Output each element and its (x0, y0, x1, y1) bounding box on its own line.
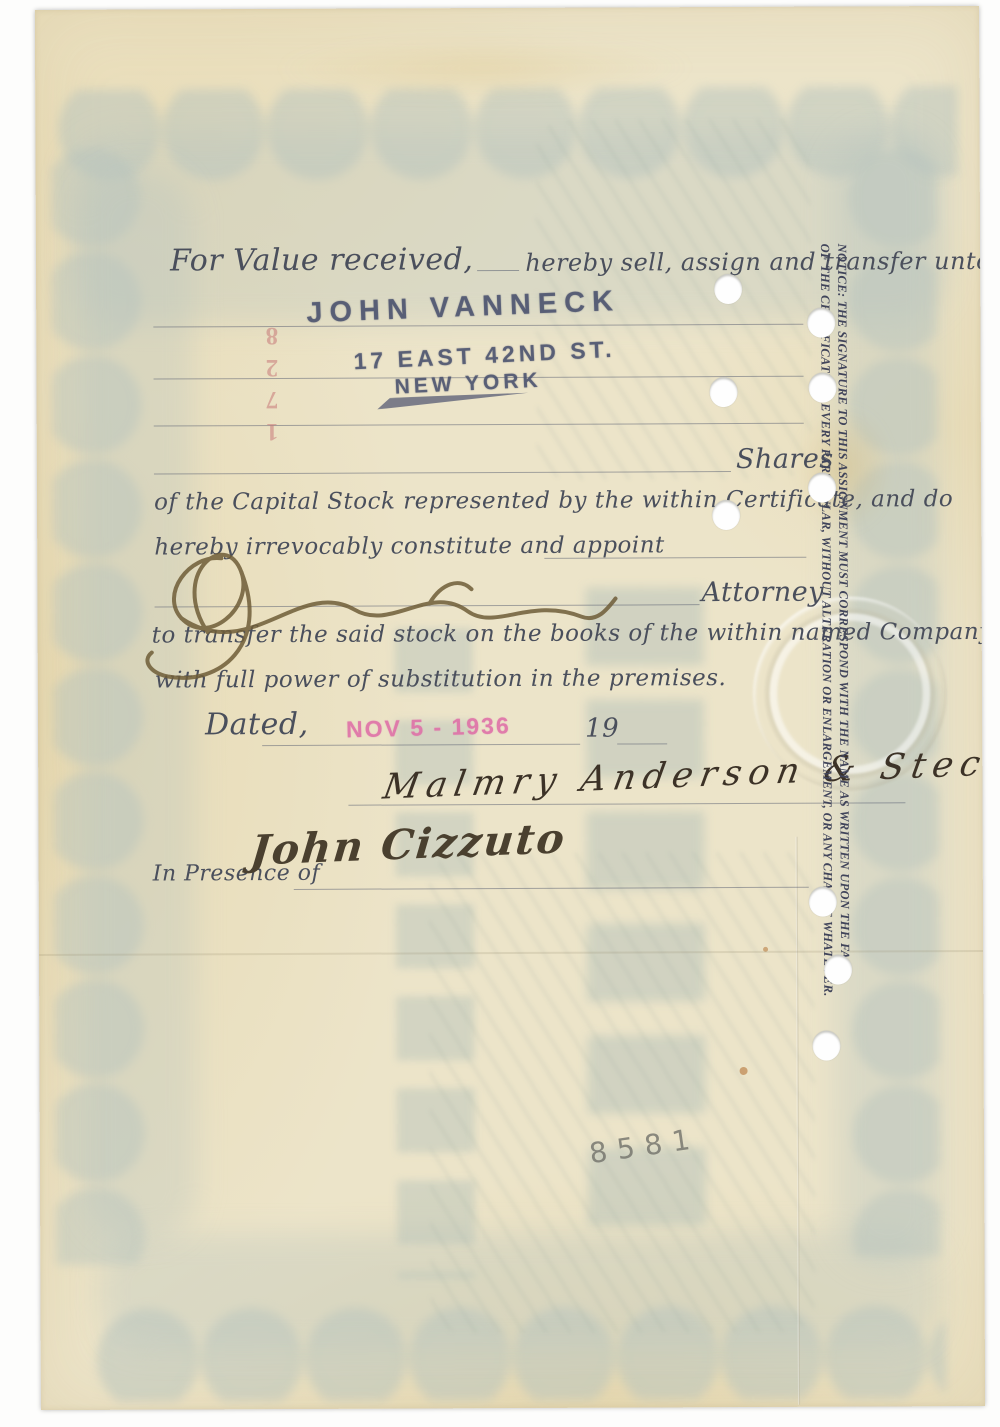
attorney-label: Attorney (701, 577, 824, 609)
stain (740, 1067, 748, 1075)
punch-hole (809, 887, 837, 917)
ghost-border-top (57, 86, 957, 186)
value-received-prefix: For Value received, (170, 242, 473, 278)
year-prefix: 19 (585, 714, 619, 744)
company-signature: Malmry Anderson & Steck (380, 743, 985, 808)
attorney-signature-scrawl (129, 513, 620, 700)
punch-hole (824, 955, 852, 985)
punch-hole (710, 377, 738, 407)
red-control-number: 1728 (258, 335, 286, 445)
form-rule (153, 324, 803, 328)
penciled-number: 8581 (587, 1122, 702, 1171)
notice-line2: OF THE CERTIFICATE IN EVERY PARTICULAR, … (816, 244, 836, 939)
year-rule (617, 743, 667, 744)
ghost-band-bottom (100, 1231, 940, 1350)
assignee-name-stamp: JOHN VANNECK (306, 285, 621, 330)
ghost-handwriting (429, 852, 816, 1334)
fold-crease-vertical (796, 837, 800, 1405)
ghost-band-left (81, 169, 198, 1239)
date-stamp: NOV 5 - 1936 (346, 712, 511, 743)
dated-label: Dated, (205, 707, 309, 742)
punch-hole (714, 274, 742, 304)
assignee-address-stamp-line1: 17 EAST 42ND ST. (353, 336, 616, 376)
punch-hole (808, 473, 836, 503)
stain (275, 37, 695, 99)
ghost-border-left (52, 145, 157, 1265)
witness-signature: John Cizzuto (248, 814, 568, 875)
stain (763, 947, 768, 952)
blank-segment (477, 268, 519, 271)
punch-hole (807, 308, 835, 338)
witness-rule (294, 887, 809, 890)
certificate-paper: For Value received, hereby sell, assign … (35, 6, 985, 1410)
value-received-suffix: hereby sell, assign and transfer unto (525, 247, 985, 277)
ghost-border-bottom (96, 1294, 946, 1402)
signature-notice: NOTICE: THE SIGNATURE TO THIS ASSIGNMENT… (816, 244, 853, 939)
form-rule (154, 471, 731, 475)
punch-hole (809, 373, 837, 403)
punch-hole (812, 1031, 840, 1061)
value-received-line: For Value received, hereby sell, assign … (170, 240, 985, 279)
form-rule (154, 423, 804, 427)
punch-hole (712, 500, 740, 530)
scanned-certificate-back: For Value received, hereby sell, assign … (0, 0, 1000, 1427)
dated-rule (262, 744, 580, 746)
notice-line1: NOTICE: THE SIGNATURE TO THIS ASSIGNMENT… (833, 244, 853, 939)
